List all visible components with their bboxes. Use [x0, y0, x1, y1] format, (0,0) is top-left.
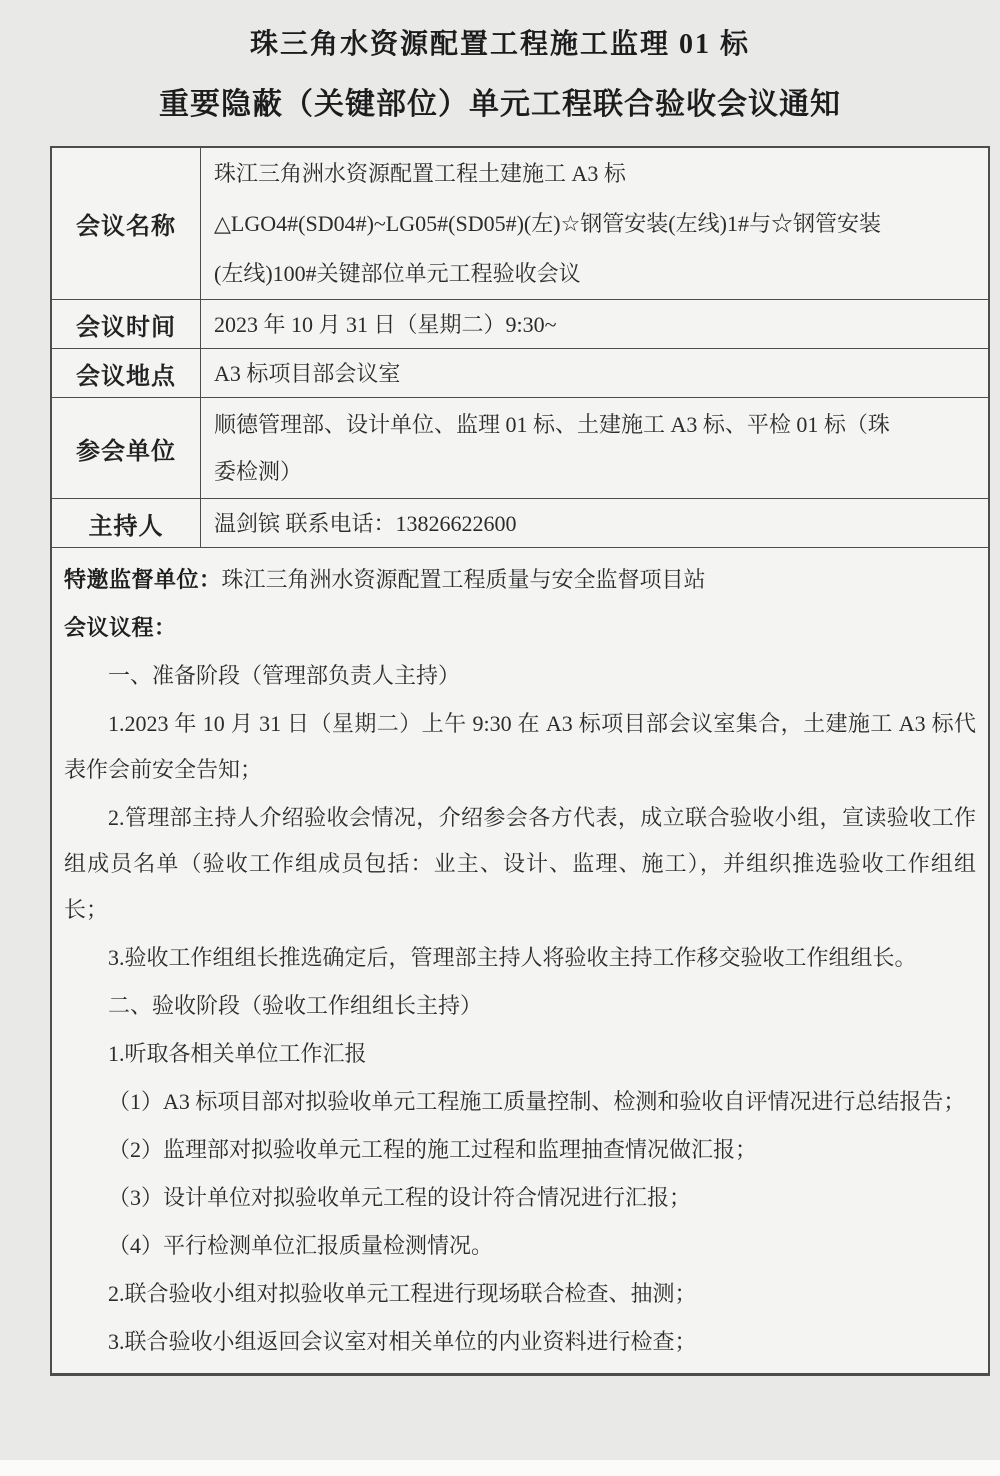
agenda-paragraph: 1.听取各相关单位工作汇报 [64, 1031, 976, 1077]
agenda-paragraph: （2）监理部对拟验收单元工程的施工过程和监理抽查情况做汇报； [64, 1127, 976, 1173]
document-title: 珠三角水资源配置工程施工监理 01 标 [0, 0, 1000, 63]
table-row-meeting-name: 会议名称 珠江三角洲水资源配置工程土建施工 A3 标 △LGO4#(SD04#)… [52, 148, 988, 300]
scanned-document-page: 珠三角水资源配置工程施工监理 01 标 重要隐蔽（关键部位）单元工程联合验收会议… [0, 0, 1000, 1460]
page-bottom-margin [0, 1460, 1000, 1476]
meeting-name-cell: 珠江三角洲水资源配置工程土建施工 A3 标 △LGO4#(SD04#)~LG05… [201, 148, 988, 299]
agenda-paragraph: 3.联合验收小组返回会议室对相关单位的内业资料进行检查； [64, 1319, 976, 1365]
meeting-place-cell: A3 标项目部会议室 [201, 349, 988, 397]
table-row-meeting-time: 会议时间 2023 年 10 月 31 日（星期二）9:30~ [52, 300, 988, 349]
table-row-participants: 参会单位 顺德管理部、设计单位、监理 01 标、土建施工 A3 标、平检 01 … [52, 398, 988, 499]
meeting-time-label: 会议时间 [52, 300, 201, 348]
agenda-paragraph: 2.联合验收小组对拟验收单元工程进行现场联合检查、抽测； [64, 1271, 976, 1317]
agenda-heading: 会议议程： [64, 605, 976, 651]
meeting-time-value: 2023 年 10 月 31 日（星期二）9:30~ [214, 301, 980, 348]
table-row-meeting-place: 会议地点 A3 标项目部会议室 [52, 349, 988, 398]
participants-label: 参会单位 [52, 398, 201, 498]
agenda-paragraph: （3）设计单位对拟验收单元工程的设计符合情况进行汇报； [64, 1175, 976, 1221]
host-cell: 温剑镔 联系电话：13826622600 [201, 499, 988, 547]
supervisor-line: 特邀监督单位：珠江三角洲水资源配置工程质量与安全监督项目站 [64, 557, 976, 603]
table-row-host: 主持人 温剑镔 联系电话：13826622600 [52, 499, 988, 548]
meeting-name-line: 珠江三角洲水资源配置工程土建施工 A3 标 [214, 149, 980, 199]
supervisor-label: 特邀监督单位： [64, 567, 222, 592]
agenda-paragraph: 3.验收工作组组长推选确定后，管理部主持人将验收主持工作移交验收工作组组长。 [64, 935, 976, 981]
participants-cell: 顺德管理部、设计单位、监理 01 标、土建施工 A3 标、平检 01 标（珠 委… [201, 398, 988, 498]
supervisor-value: 珠江三角洲水资源配置工程质量与安全监督项目站 [222, 567, 706, 592]
participants-line: 委检测） [214, 448, 980, 495]
agenda-paragraph: （4）平行检测单位汇报质量检测情况。 [64, 1223, 976, 1269]
meeting-place-label: 会议地点 [52, 349, 201, 397]
participants-line: 顺德管理部、设计单位、监理 01 标、土建施工 A3 标、平检 01 标（珠 [214, 401, 980, 448]
agenda-paragraph: （1）A3 标项目部对拟验收单元工程施工质量控制、检测和验收自评情况进行总结报告… [64, 1079, 976, 1125]
document-body-box: 会议名称 珠江三角洲水资源配置工程土建施工 A3 标 △LGO4#(SD04#)… [50, 146, 990, 1376]
agenda-paragraph: 1.2023 年 10 月 31 日（星期二）上午 9:30 在 A3 标项目部… [64, 701, 976, 793]
agenda-paragraph: 一、准备阶段（管理部负责人主持） [64, 653, 976, 699]
meeting-time-cell: 2023 年 10 月 31 日（星期二）9:30~ [201, 300, 988, 348]
agenda-section: 特邀监督单位：珠江三角洲水资源配置工程质量与安全监督项目站 会议议程： 一、准备… [52, 548, 988, 1373]
host-value: 温剑镔 联系电话：13826622600 [214, 500, 980, 547]
agenda-paragraph: 二、验收阶段（验收工作组组长主持） [64, 983, 976, 1029]
meeting-place-value: A3 标项目部会议室 [214, 350, 980, 397]
agenda-paragraph: 2.管理部主持人介绍验收会情况，介绍参会各方代表，成立联合验收小组，宣读验收工作… [64, 795, 976, 933]
host-label: 主持人 [52, 499, 201, 547]
meeting-name-line: (左线)100#关键部位单元工程验收会议 [214, 249, 980, 299]
meeting-name-line: △LGO4#(SD04#)~LG05#(SD05#)(左)☆钢管安装(左线)1#… [214, 199, 980, 249]
meeting-name-label: 会议名称 [52, 148, 201, 299]
document-subtitle: 重要隐蔽（关键部位）单元工程联合验收会议通知 [0, 85, 1000, 125]
